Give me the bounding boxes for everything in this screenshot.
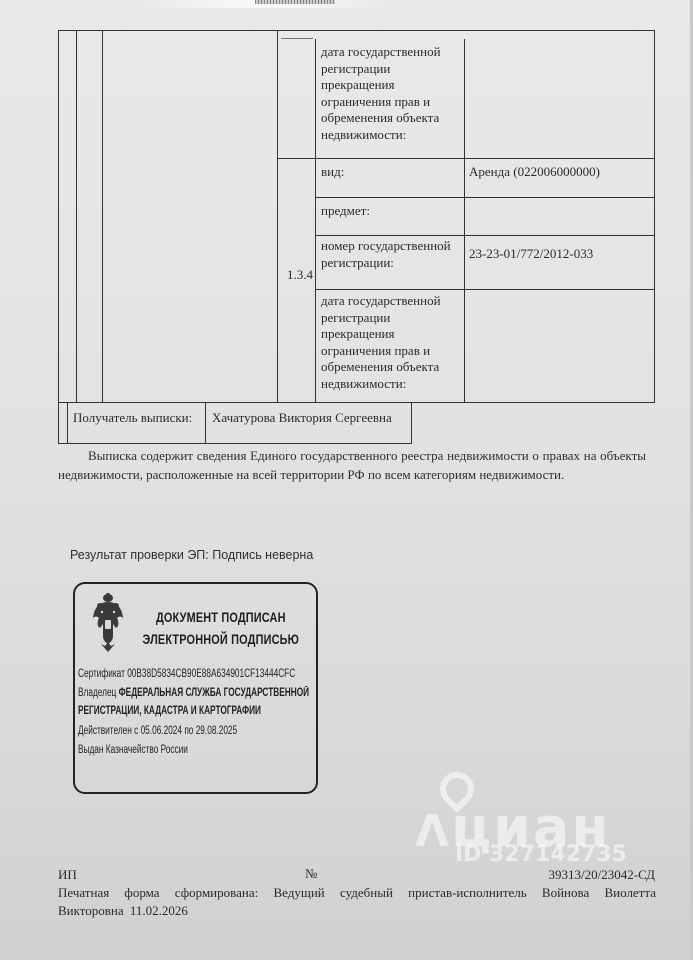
table-divider xyxy=(76,31,77,402)
table-divider xyxy=(315,39,316,402)
prev-row-label: дата государственной регистрации прекращ… xyxy=(321,44,441,143)
table-divider xyxy=(205,403,206,443)
table-divider xyxy=(464,39,465,402)
cian-watermark: Λциан ID 327142735 xyxy=(415,780,611,862)
row-divider xyxy=(315,235,655,236)
electronic-signature-stamp: ДОКУМЕНТ ПОДПИСАН ЭЛЕКТРОННОЙ ПОДПИСЬЮ С… xyxy=(73,582,318,794)
owner-line: Владелец ФЕДЕРАЛЬНАЯ СЛУЖБА ГОСУДАРСТВЕН… xyxy=(78,687,309,699)
table-divider xyxy=(102,31,103,402)
footer-number-sign: № xyxy=(305,866,317,882)
footer-ip-label: ИП xyxy=(58,867,77,883)
barcode-fragment xyxy=(255,0,335,4)
row-divider xyxy=(315,289,655,290)
recipient-row: Получатель выписки: Хачатурова Виктория … xyxy=(58,403,412,444)
row-label-termination-date: дата государственной регистрации прекращ… xyxy=(321,293,441,392)
table-divider xyxy=(277,31,278,402)
recipient-label: Получатель выписки: xyxy=(73,410,192,426)
encumbrance-table: дата государственной регистрации прекращ… xyxy=(58,30,655,403)
section-number: 1.3.4 xyxy=(287,267,313,283)
footer-printed-by: Печатная форма сформирована: Ведущий суд… xyxy=(58,884,656,920)
statement-paragraph: Выписка содержит сведения Единого госуда… xyxy=(58,446,646,484)
row-label-reg-number: номер государственной регистрации: xyxy=(321,238,451,271)
table-divider xyxy=(281,38,313,39)
row-label-subject: предмет: xyxy=(321,203,370,220)
row-label-type: вид: xyxy=(321,164,344,181)
document-page: дата государственной регистрации прекращ… xyxy=(0,0,693,960)
row-divider xyxy=(315,197,655,198)
location-pin-icon xyxy=(433,765,481,813)
validity-line: Действителен с 05.06.2024 по 29.08.2025 xyxy=(78,725,237,737)
russian-coat-of-arms-icon xyxy=(91,592,125,654)
recipient-name: Хачатурова Виктория Сергеевна xyxy=(212,410,392,426)
stamp-title: ДОКУМЕНТ ПОДПИСАН ЭЛЕКТРОННОЙ ПОДПИСЬЮ xyxy=(135,606,307,650)
issuer-line: Выдан Казначейство России xyxy=(78,744,188,756)
signature-check-result: Результат проверки ЭП: Подпись неверна xyxy=(70,548,313,562)
watermark-brand: Λциан xyxy=(415,780,611,862)
row-value-type: Аренда (022006000000) xyxy=(469,164,600,181)
row-value-reg-number: 23-23-01/772/2012-033 xyxy=(469,246,593,263)
watermark-id: ID 327142735 xyxy=(455,842,627,867)
row-divider xyxy=(277,158,655,159)
certificate-line: Сертификат 00B38D5834CB90E88A634901CF134… xyxy=(78,668,295,680)
table-divider xyxy=(67,403,68,443)
footer-case-number: 39313/20/23042-СД xyxy=(549,867,655,883)
owner-line-2: РЕГИСТРАЦИИ, КАДАСТРА И КАРТОГРАФИИ xyxy=(78,705,261,717)
